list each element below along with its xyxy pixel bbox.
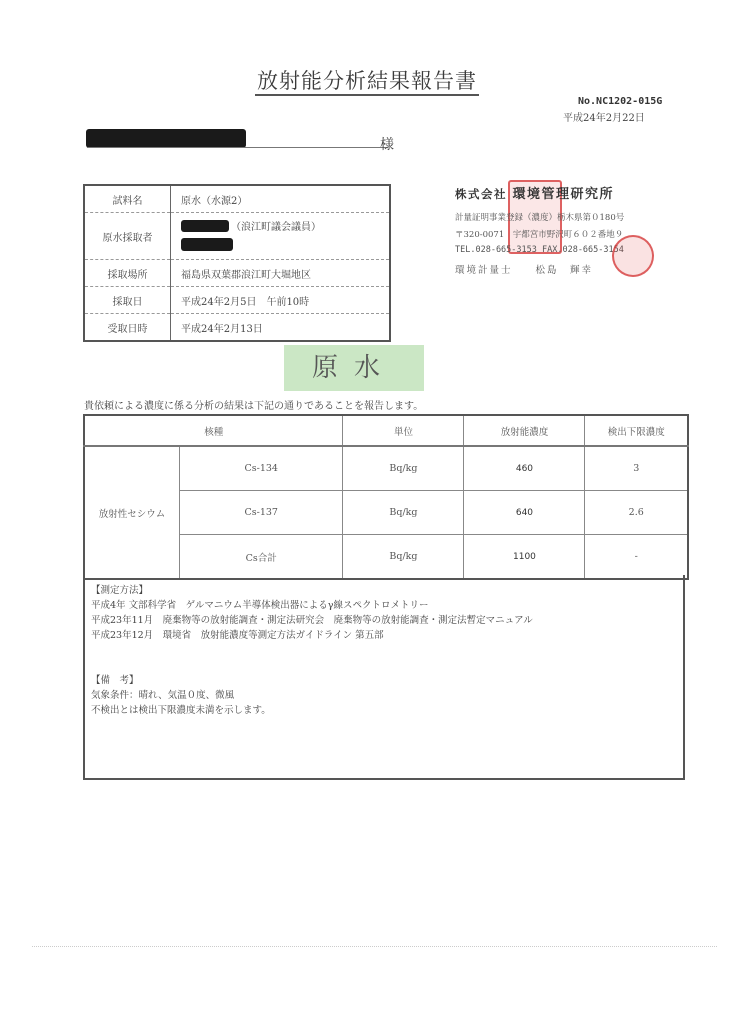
concentration: 640 <box>464 491 585 535</box>
handwritten-label: 原水 <box>284 345 424 391</box>
info-label: 採取場所 <box>84 260 171 287</box>
info-label: 原水採取者 <box>84 213 171 260</box>
detection-limit: - <box>585 535 688 580</box>
info-value: 平成24年2月5日 午前10時 <box>171 287 391 314</box>
info-value-collector: （浪江町議会議員） <box>171 213 391 260</box>
company-name: 株式会社 環境管理研究所 <box>455 183 614 202</box>
methods-heading: 【測定方法】 <box>91 583 683 598</box>
info-label: 試料名 <box>84 185 171 213</box>
company-signer: 環境計量士 松島 輝幸 <box>455 262 593 276</box>
method-line: 平成23年12月 環境省 放射能濃度等測定方法ガイドライン 第五部 <box>91 628 683 643</box>
notes-box: 【測定方法】 平成4年 文部科学省 ゲルマニウム半導体検出器によるγ線スペクトロ… <box>83 575 685 780</box>
company-main-name: 環境管理研究所 <box>513 187 615 202</box>
sample-label-sticker: 原水 <box>284 345 424 391</box>
info-value: 福島県双葉郡浪江町大堀地区 <box>171 260 391 287</box>
info-label: 受取日時 <box>84 314 171 342</box>
header-nuclide: 核種 <box>84 415 343 446</box>
header-detection-limit: 検出下限濃度 <box>585 415 688 446</box>
concentration: 460 <box>464 446 585 491</box>
remark-line: 不検出とは検出下限濃度未満を示します。 <box>91 703 683 718</box>
detection-limit: 3 <box>585 446 688 491</box>
info-label: 採取日 <box>84 287 171 314</box>
remarks-heading: 【備 考】 <box>91 673 683 688</box>
info-value: 平成24年2月13日 <box>171 314 391 342</box>
company-registration: 計量証明事業登録（濃度）栃木県第０180号 <box>455 211 624 223</box>
table-row: 放射性セシウム Cs-134 Bq/kg 460 3 <box>84 446 688 491</box>
method-line: 平成23年11月 廃棄物等の放射能調査・測定法研究会 廃棄物等の放射能調査・測定… <box>91 613 683 628</box>
detection-limit: 2.6 <box>585 491 688 535</box>
nuclide: Cs-134 <box>180 446 343 491</box>
method-line: 平成4年 文部科学省 ゲルマニウム半導体検出器によるγ線スペクトロメトリー <box>91 598 683 613</box>
scan-artifact-line <box>32 946 717 947</box>
addressee-line <box>88 147 388 148</box>
sample-info-table: 試料名 原水（水源2） 原水採取者 （浪江町議会議員） 採取場所 福島県双葉郡浪… <box>83 184 391 342</box>
results-header-row: 核種 単位 放射能濃度 検出下限濃度 <box>84 415 688 446</box>
remark-line: 気象条件：晴れ、気温０度、微風 <box>91 688 683 703</box>
company-tel-fax: TEL.028-665-3153 FAX.028-665-3154 <box>455 245 624 255</box>
nuclide: Cs-137 <box>180 491 343 535</box>
report-title: 放射能分析結果報告書 <box>255 68 479 96</box>
redacted-name <box>181 220 229 232</box>
collector-title: （浪江町議会議員） <box>231 218 321 233</box>
unit: Bq/kg <box>343 491 464 535</box>
header-concentration: 放射能濃度 <box>464 415 585 446</box>
company-prefix: 株式会社 <box>455 187 507 201</box>
redacted-name <box>181 238 233 251</box>
personal-seal-stamp <box>612 235 654 277</box>
report-statement: 貴依頼による濃度に係る分析の結果は下記の通りであることを報告します。 <box>84 397 423 412</box>
addressee-honorific: 様 <box>380 134 394 154</box>
company-address: 〒320-0071 宇都宮市野沢町６０２番地９ <box>455 228 623 240</box>
info-value: 原水（水源2） <box>171 185 391 213</box>
results-table: 核種 単位 放射能濃度 検出下限濃度 放射性セシウム Cs-134 Bq/kg … <box>83 414 689 580</box>
document-number: No.NC1202-015G <box>578 96 662 107</box>
concentration: 1100 <box>464 535 585 580</box>
unit: Bq/kg <box>343 446 464 491</box>
header-unit: 単位 <box>343 415 464 446</box>
nuclide: Cs合計 <box>180 535 343 580</box>
group-label: 放射性セシウム <box>84 446 180 579</box>
unit: Bq/kg <box>343 535 464 580</box>
issue-date: 平成24年2月22日 <box>563 109 645 124</box>
redacted-addressee <box>86 129 246 148</box>
